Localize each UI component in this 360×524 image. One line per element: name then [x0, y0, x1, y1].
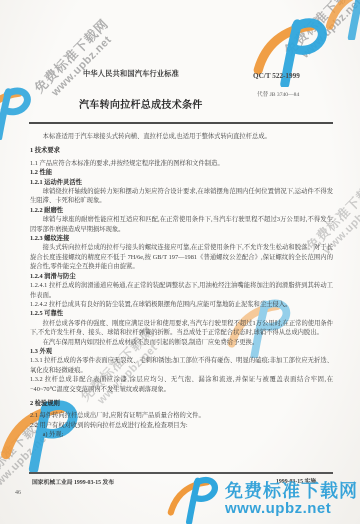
- footer-divider: [29, 472, 333, 474]
- replaces-note: 代替 JB 3740—84: [257, 90, 299, 98]
- clause-line: 1.1 产品应符合本标准的要求,并按经规定程序批准的图样和文件制造。: [30, 159, 333, 168]
- standard-org-line: 中华人民共和国汽车行业标准: [83, 69, 179, 79]
- section-heading: 2 检验规则: [30, 399, 333, 408]
- body-paragraph: 拉杆总成各零件的强度、刚度应满足设计和使用要求,当汽车行驶里程不超过1万公里时,…: [30, 319, 333, 338]
- clause-line: 2.2 用户有权对收到的转向拉杆总成进行检查,检查项目为:: [30, 421, 333, 430]
- clause-line: 1.2.4.1 拉杆总成的润滑通道应畅通,在正常的装配调整状态下,用油枪经注油嘴…: [30, 281, 333, 300]
- clause-title: 1.3 外观: [30, 347, 333, 356]
- upbz-logo-icon: [163, 474, 221, 524]
- body-paragraph: 接头式转向拉杆总成的拉杆与接头的螺纹连接应可靠,在正常使用条件下,不允许发生松动…: [30, 243, 333, 271]
- watermark-site-name: 免费标准下载网: [261, 0, 360, 77]
- clause-line: 1.2.4.2 拉杆总成具有良好的防尘装置,在球销极限摆角范围内,应能可靠地防止…: [30, 300, 333, 309]
- clause-title: 1.2.4 润滑与防尘: [30, 272, 333, 281]
- upbz-logo-icon: [0, 84, 34, 140]
- clause-line: 1.3.2 拉杆总成非配合表面应涂漆,涂层应均匀、无气泡、漏涂和流迹,并保证与被…: [30, 375, 333, 394]
- clause-title: 1.2.1 运动件灵活性: [30, 178, 333, 187]
- footer-implement-date: 1999-03-15 实施: [276, 476, 316, 485]
- list-item: a) 外观;: [30, 430, 333, 439]
- page-title: 汽车转向拉杆总成技术条件: [79, 96, 203, 111]
- clause-title: 1.2.5 可靠性: [30, 309, 333, 318]
- page-number: 46: [15, 490, 21, 496]
- clause-title: 1.2 性能: [30, 168, 333, 177]
- intro-paragraph: 本标准适用于汽车球接头式转向横、直拉杆总成,也适用于整体式转向直拉杆总成。: [30, 132, 333, 141]
- body-paragraph: 球销绕拉杆轴线的旋转力矩和摆动力矩应符合设计要求,在球销摆角范围内任何位置情况下…: [30, 187, 333, 206]
- body-paragraph: 球销与球座的耐磨性能应相互适应和匹配,在正常使用条件下,当汽车行驶里程不超过3万…: [30, 215, 333, 234]
- footer-issue-info: 国家机械工业局 1999-03-15 发布: [32, 477, 114, 486]
- watermark-site-url: www.upbz.net: [17, 2, 146, 131]
- clause-title: 1.2.2 耐磨性: [30, 206, 333, 215]
- section-heading: 1 技术要求: [30, 146, 333, 155]
- body-paragraph: 在汽车保用期内如因拉杆总成材质不良而引起的断裂,制造厂应免费给予更换。: [30, 338, 333, 347]
- clause-title: 1.2.3 螺纹连接: [30, 234, 333, 243]
- standard-code: QC/T 522-1999: [253, 72, 300, 80]
- scanned-standard-page: 免费标准下载网 www.upbz.net 免费标准下载网 www.upbz.ne…: [0, 0, 360, 524]
- clause-line: 1.3.1 拉杆总成的各零件表面应无裂纹、毛刺和锈蚀;加工部位不得有碰伤、明显的…: [30, 356, 333, 375]
- upbz-logo-icon: [320, 0, 360, 40]
- header-divider: [29, 122, 333, 124]
- clause-line: 2.1 每件转向拉杆总成出厂时,应附有证明产品质量合格的文件。: [30, 411, 333, 420]
- watermark-main: 免费标准下载网 www.upbz.net: [163, 474, 358, 524]
- document-body: 本标准适用于汽车球接头式转向横、直拉杆总成,也适用于整体式转向直拉杆总成。 1 …: [30, 132, 333, 440]
- watermark-site-url: www.upbz.net: [225, 501, 358, 517]
